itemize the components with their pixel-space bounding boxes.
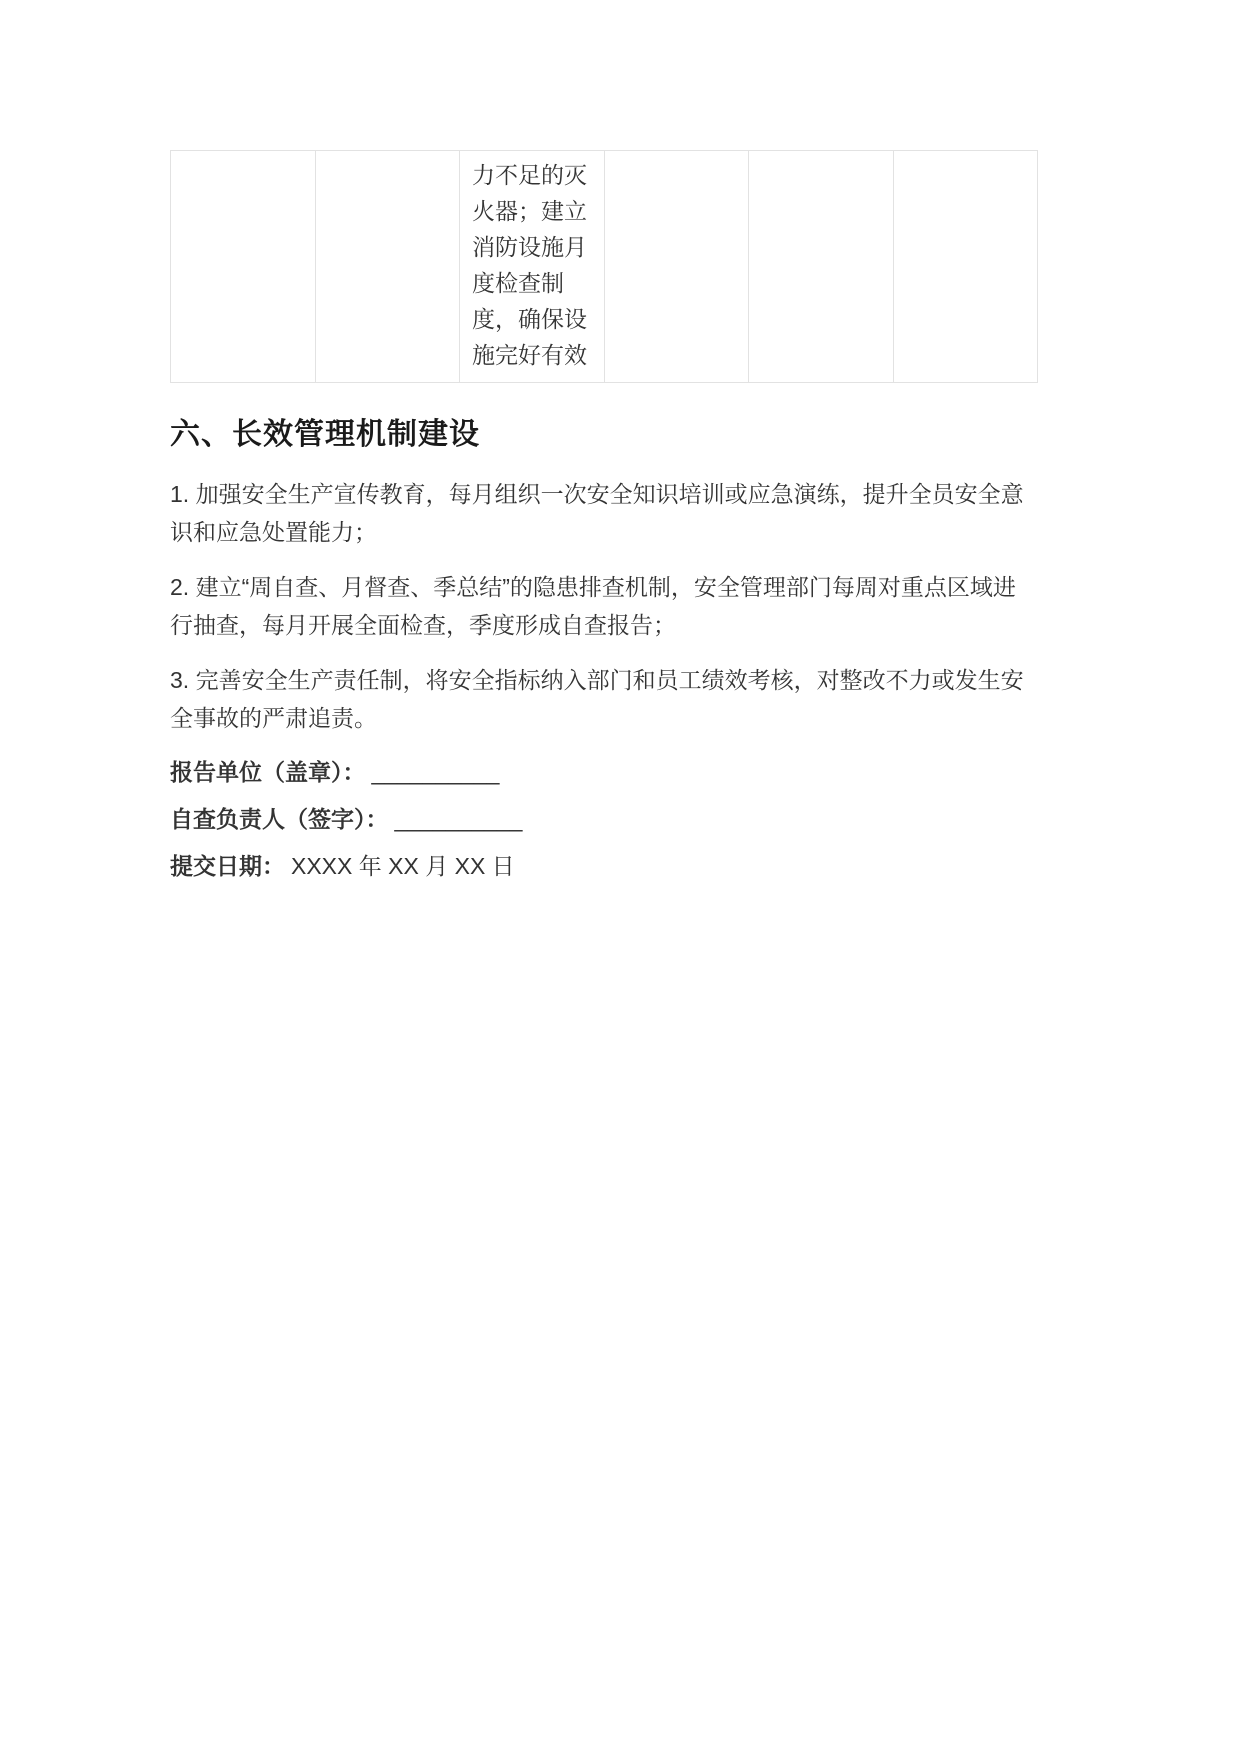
table-cell-empty-4 [604,151,749,383]
signature-line-report-unit: 报告单位（盖章）：__________ [170,755,1038,789]
hidden-danger-rectification-table: 力不足的灭 火器；建立 消防设施月 度检查制 度，确保设 施完好有效 [170,150,1038,383]
submit-date-value: XXXX 年 XX 月 XX 日 [291,853,515,879]
page-content: 力不足的灭 火器；建立 消防设施月 度检查制 度，确保设 施完好有效 六、长效管… [170,150,1038,883]
table-cell-empty-6 [893,151,1038,383]
paragraph-inspection-mechanism: 2. 建立“周自查、月督查、季总结”的隐患排查机制，安全管理部门每周对重点区域进… [170,568,1038,644]
report-unit-blank: __________ [372,759,500,785]
table-cell-empty-5 [749,151,894,383]
responsible-person-blank: __________ [395,806,523,832]
paragraph-safety-education: 1. 加强安全生产宣传教育，每月组织一次安全知识培训或应急演练，提升全员安全意 … [170,475,1038,551]
signature-line-responsible-person: 自查负责人（签字）：__________ [170,802,1038,836]
paragraph-responsibility-system: 3. 完善安全生产责任制，将安全指标纳入部门和员工绩效考核，对整改不力或发生安 … [170,661,1038,737]
table-row: 力不足的灭 火器；建立 消防设施月 度检查制 度，确保设 施完好有效 [171,151,1038,383]
report-unit-seal-label: 报告单位（盖章）： [170,759,366,785]
responsible-person-signature-label: 自查负责人（签字）： [170,806,389,832]
section-heading: 六、长效管理机制建设 [170,417,1038,453]
table-cell-empty-2 [315,151,460,383]
table-cell-rectification-measures: 力不足的灭 火器；建立 消防设施月 度检查制 度，确保设 施完好有效 [460,151,605,383]
submit-date-label: 提交日期： [170,853,285,879]
signature-line-submit-date: 提交日期：XXXX 年 XX 月 XX 日 [170,849,1038,883]
table-cell-empty-1 [171,151,316,383]
